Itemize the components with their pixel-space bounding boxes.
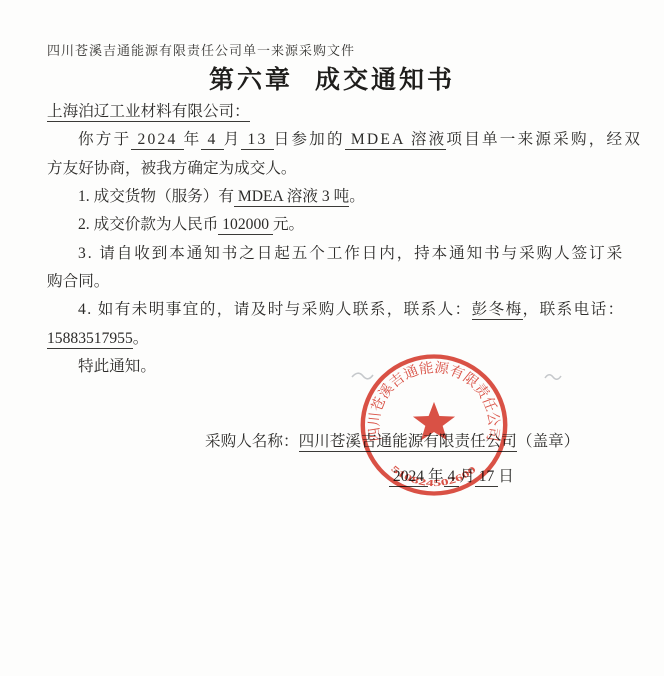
purchaser-label: 采购人名称： (205, 433, 299, 450)
award-year-value: 2024 (131, 131, 183, 150)
price-value: 102000 (218, 216, 273, 235)
item-contact-line2: 15883517955。 (47, 325, 619, 353)
text-segment: 。 (133, 330, 149, 347)
text-segment: 2. 成交价款为人民币 (78, 216, 218, 233)
contact-name: 彭冬梅 (472, 301, 523, 320)
goods-value: MDEA 溶液 3 吨 (234, 188, 349, 207)
page-title: 第六章成交通知书 (0, 60, 664, 96)
text-segment: 元。 (273, 216, 304, 233)
seal-star-icon (413, 402, 455, 440)
item-price: 2. 成交价款为人民币 102000 元。 (47, 211, 619, 239)
month-unit: 月 (224, 131, 242, 148)
document-header: 四川苍溪吉通能源有限责任公司单一来源采购文件 (47, 40, 355, 59)
text-segment: ，联系电话： (523, 301, 625, 318)
text-segment: 购合同。 (47, 273, 109, 290)
text-segment: 方友好协商，被我方确定为成交人。 (47, 160, 297, 177)
title-text: 成交通知书 (315, 67, 455, 94)
text-segment: 特此通知。 (78, 358, 156, 375)
contact-phone: 15883517955 (47, 330, 133, 349)
text-segment: 。 (349, 188, 365, 205)
text-segment: 1. 成交货物（服务）有 (78, 188, 234, 205)
item-goods: 1. 成交货物（服务）有 MDEA 溶液 3 吨。 (47, 183, 619, 211)
text-segment: 3. 请自收到本通知书之日起五个工作日内，持本通知书与采购人签订采 (78, 245, 624, 262)
text-segment: 你方于 (78, 131, 131, 148)
document-body: 上海泊辽工业材料有限公司： 你方于 2024 年 4 月 13 日参加的 MDE… (47, 98, 619, 381)
para-award-line2: 方友好协商，被我方确定为成交人。 (47, 155, 619, 183)
award-day-value: 13 (241, 131, 273, 150)
text-segment: 项目单一来源采购，经双 (446, 131, 642, 148)
chapter-number: 第六章 (209, 67, 293, 94)
year-unit: 年 (184, 131, 202, 148)
supplier-name: 上海泊辽工业材料有限公司： (47, 103, 250, 122)
project-name: MDEA 溶液 (345, 131, 447, 150)
text-segment: 4. 如有未明事宜的，请及时与采购人联系，联系人： (78, 301, 472, 318)
seal-graphic: 四川苍溪吉通能源有限责任公司 510824502600 (357, 351, 511, 499)
para-award-line1: 你方于 2024 年 4 月 13 日参加的 MDEA 溶液项目单一来源采购，经… (47, 126, 619, 154)
text-segment: 日参加的 (274, 131, 345, 148)
item-contact-line1: 4. 如有未明事宜的，请及时与采购人联系，联系人：彭冬梅，联系电话： (47, 296, 619, 324)
item-contract-line1: 3. 请自收到本通知书之日起五个工作日内，持本通知书与采购人签订采 (47, 240, 619, 268)
company-seal: 四川苍溪吉通能源有限责任公司 510824502600 (357, 351, 511, 499)
scan-artifact (350, 368, 376, 382)
seal-note: （盖章） (517, 433, 579, 450)
salutation: 上海泊辽工业材料有限公司： (47, 98, 619, 126)
closing-note: 特此通知。 (47, 353, 619, 381)
scan-artifact (543, 370, 563, 382)
award-month-value: 4 (201, 131, 223, 150)
item-contract-line2: 购合同。 (47, 268, 619, 296)
